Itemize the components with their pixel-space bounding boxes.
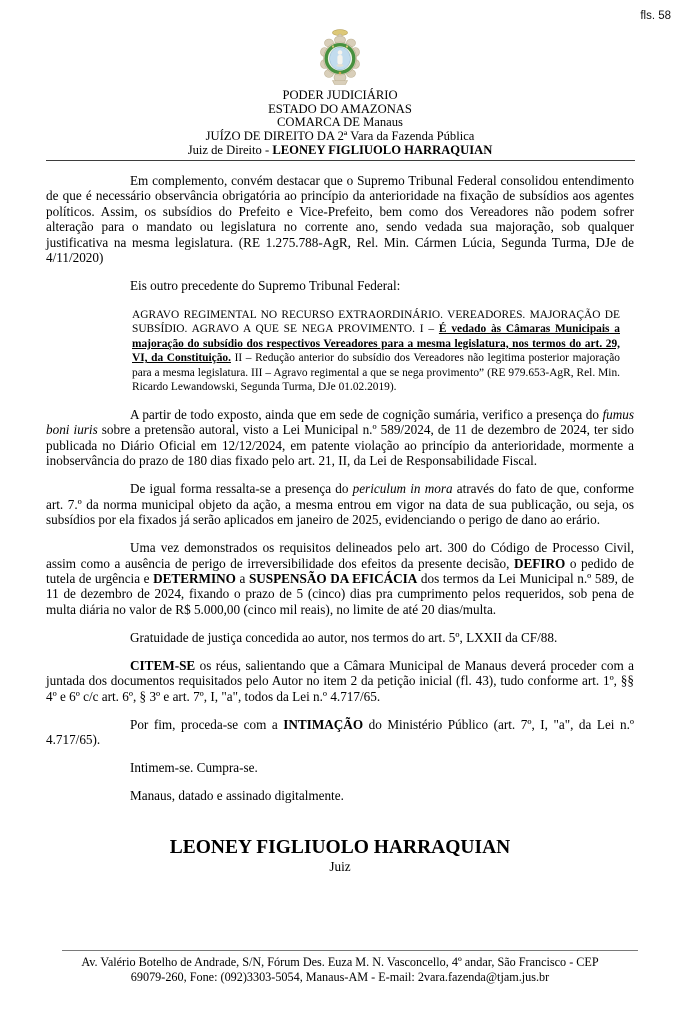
judge-line-prefix: Juiz de Direito - — [188, 143, 273, 157]
paragraph: De igual forma ressalta-se a presença do… — [46, 481, 634, 527]
text-segment: INTIMAÇÃO — [283, 717, 363, 732]
header-rule — [46, 160, 635, 161]
text-segment: SUSPENSÃO DA EFICÁCIA — [249, 571, 417, 586]
paragraph: Eis outro precedente do Supremo Tribunal… — [46, 278, 634, 293]
document-page: fls. 58 — [0, 0, 680, 1024]
judge-name: LEONEY FIGLIUOLO HARRAQUIAN — [272, 143, 492, 157]
text-segment: a — [236, 571, 249, 586]
text-segment: periculum in mora — [353, 481, 453, 496]
paragraph: AGRAVO REGIMENTAL NO RECURSO EXTRAORDINÁ… — [132, 308, 620, 395]
paragraph: Por fim, proceda-se com a INTIMAÇÃO do M… — [46, 717, 634, 748]
text-segment: DETERMINO — [153, 571, 236, 586]
footer-rule — [62, 950, 638, 951]
paragraph: Manaus, datado e assinado digitalmente. — [46, 788, 634, 803]
org-line-judiciary: PODER JUDICIÁRIO — [0, 89, 680, 103]
text-segment: CITEM-SE — [130, 658, 195, 673]
text-segment: DEFIRO — [514, 556, 565, 571]
text-segment: Em complemento, convém destacar que o Su… — [46, 173, 634, 265]
judge-line: Juiz de Direito - LEONEY FIGLIUOLO HARRA… — [0, 144, 680, 158]
signature-name: LEONEY FIGLIUOLO HARRAQUIAN — [0, 837, 680, 859]
text-segment: A partir de todo exposto, ainda que em s… — [130, 407, 602, 422]
text-segment: Gratuidade de justiça concedida ao autor… — [130, 630, 557, 645]
signature-role: Juiz — [0, 859, 680, 875]
court-header: PODER JUDICIÁRIO ESTADO DO AMAZONAS COMA… — [0, 0, 680, 161]
folio-number: fls. 58 — [640, 10, 671, 22]
signature-block: LEONEY FIGLIUOLO HARRAQUIAN Juiz — [0, 837, 680, 875]
org-line-court: JUÍZO DE DIREITO DA 2ª Vara da Fazenda P… — [0, 130, 680, 144]
org-line-state: ESTADO DO AMAZONAS — [0, 103, 680, 117]
footer-address-line-1: Av. Valério Botelho de Andrade, S/N, Fór… — [0, 955, 680, 970]
text-segment: Eis outro precedente do Supremo Tribunal… — [130, 278, 400, 293]
paragraph: CITEM-SE os réus, salientando que a Câma… — [46, 658, 634, 704]
org-line-comarca: COMARCA DE Manaus — [0, 116, 680, 130]
paragraph: A partir de todo exposto, ainda que em s… — [46, 407, 634, 469]
text-segment: Por fim, proceda-se com a — [130, 717, 283, 732]
text-segment: Intimem-se. Cumpra-se. — [130, 760, 258, 775]
footer-address-line-2: 69079-260, Fone: (092)3303-5054, Manaus-… — [0, 970, 680, 985]
paragraph: Gratuidade de justiça concedida ao autor… — [46, 630, 634, 645]
document-body: Em complemento, convém destacar que o Su… — [46, 173, 634, 803]
coat-of-arms-icon — [318, 28, 362, 86]
paragraph: Intimem-se. Cumpra-se. — [46, 760, 634, 775]
text-segment: Manaus, datado e assinado digitalmente. — [130, 788, 344, 803]
paragraph: Em complemento, convém destacar que o Su… — [46, 173, 634, 266]
page-footer: Av. Valério Botelho de Andrade, S/N, Fór… — [0, 950, 680, 985]
paragraph: Uma vez demonstrados os requisitos delin… — [46, 540, 634, 617]
text-segment: De igual forma ressalta-se a presença do — [130, 481, 353, 496]
text-segment: sobre a pretensão autoral, visto a Lei M… — [46, 422, 634, 468]
